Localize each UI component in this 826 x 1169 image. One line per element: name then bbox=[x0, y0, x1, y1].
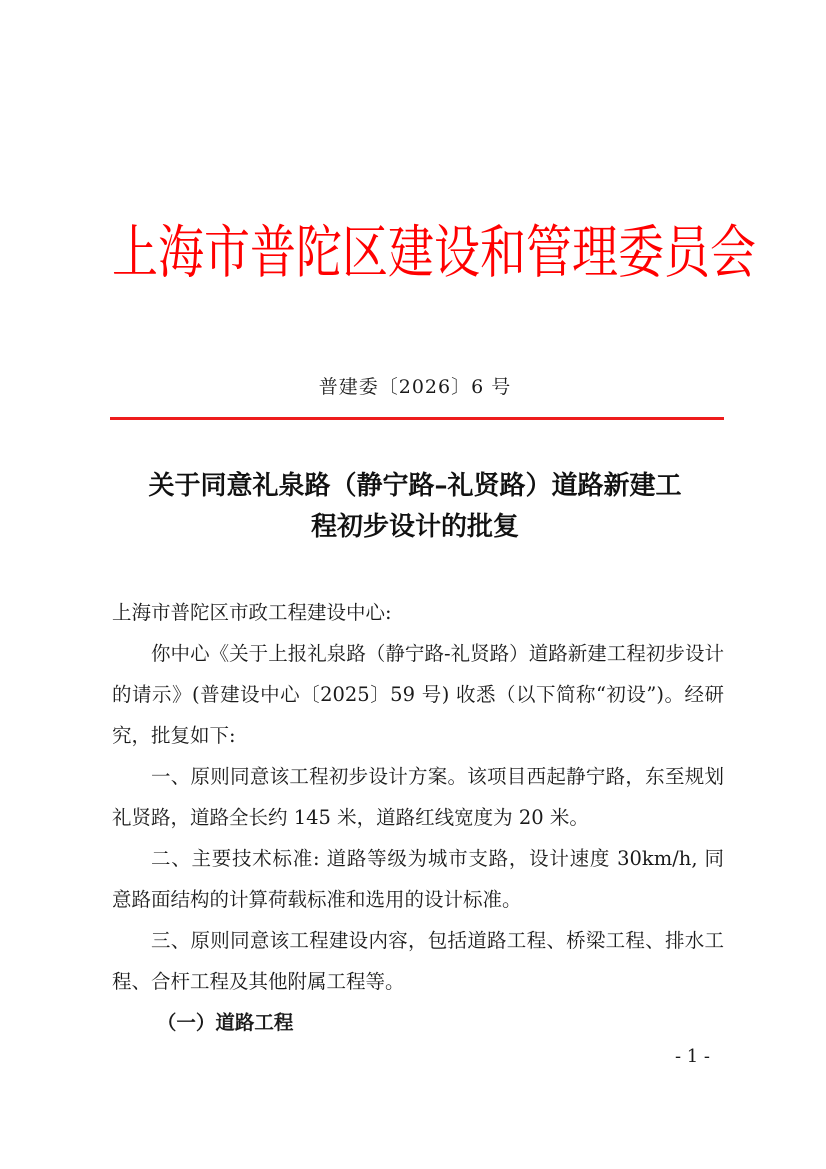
body-paragraph-1: 你中心《关于上报礼泉路（静宁路-礼贤路）道路新建工程初步设计的请示》(普建设中心… bbox=[112, 633, 724, 756]
body-paragraph-2: 一、原则同意该工程初步设计方案。该项目西起静宁路，东至规划礼贤路，道路全长约 1… bbox=[112, 756, 724, 838]
body-paragraph-3: 二、主要技术标准: 道路等级为城市支路，设计速度 30km/h, 同意路面结构的… bbox=[112, 838, 724, 920]
document-subject: 关于同意礼泉路（静宁路–礼贤路）道路新建工 程初步设计的批复 bbox=[100, 466, 730, 548]
document-body: 上海市普陀区市政工程建设中心: 你中心《关于上报礼泉路（静宁路-礼贤路）道路新建… bbox=[112, 592, 724, 1043]
issuing-organization-title: 上海市普陀区建设和管理委员会 bbox=[112, 209, 718, 297]
subject-line-1: 关于同意礼泉路（静宁路–礼贤路）道路新建工 bbox=[100, 466, 730, 507]
body-paragraph-4: 三、原则同意该工程建设内容，包括道路工程、桥梁工程、排水工程、合杆工程及其他附属… bbox=[112, 920, 724, 1002]
addressee: 上海市普陀区市政工程建设中心: bbox=[112, 592, 724, 633]
red-divider-line bbox=[110, 417, 724, 420]
subject-line-2: 程初步设计的批复 bbox=[100, 507, 730, 548]
document-number: 普建委〔2026〕6 号 bbox=[112, 372, 718, 402]
page-number: - 1 - bbox=[640, 1045, 710, 1069]
document-page: 上海市普陀区建设和管理委员会 普建委〔2026〕6 号 关于同意礼泉路（静宁路–… bbox=[0, 0, 826, 1169]
section-heading: （一）道路工程 bbox=[112, 1002, 724, 1043]
